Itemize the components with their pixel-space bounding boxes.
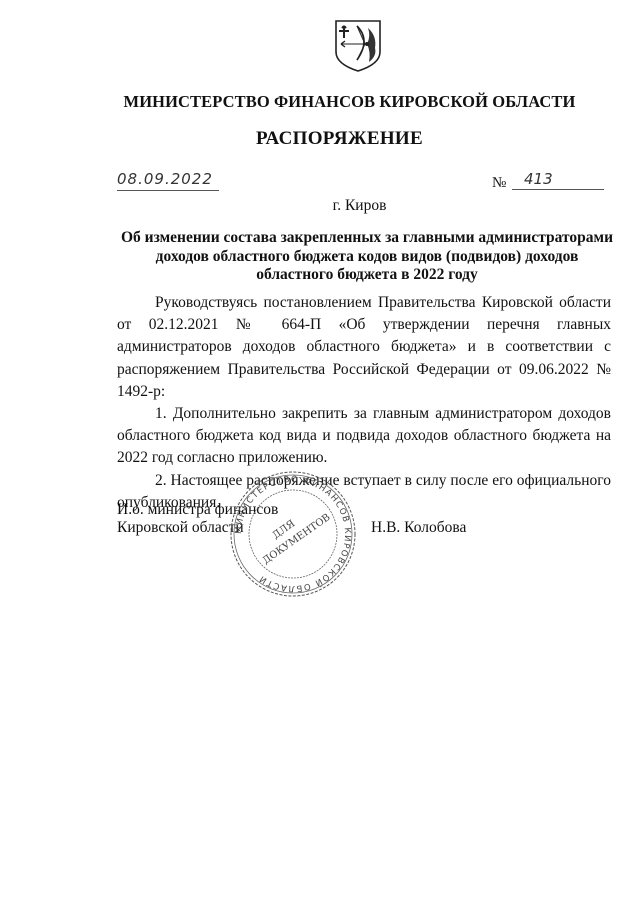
document-date: 08.09.2022 [117,170,219,191]
document-body: Руководствуясь постановлением Правительс… [117,292,611,514]
stamp-ring-text: МИНИСТЕРСТВО ФИНАНСОВ КИРОВСКОЙ ОБЛАСТИ [234,475,352,593]
svg-text:МИНИСТЕРСТВО ФИНАНСОВ КИРОВСКО: МИНИСТЕРСТВО ФИНАНСОВ КИРОВСКОЙ ОБЛАСТИ [234,475,352,593]
number-label: № [492,175,506,192]
stamp-center-line-2: ДОКУМЕНТОВ [261,512,333,567]
kirov-coat-of-arms-icon [333,18,383,74]
official-stamp-icon: МИНИСТЕРСТВО ФИНАНСОВ КИРОВСКОЙ ОБЛАСТИ … [228,470,358,598]
document-type-title: РАСПОРЯЖЕНИЕ [0,128,639,150]
item-paragraph-1: 1. Дополнительно закрепить за главным ад… [117,403,611,470]
signatory-name: Н.В. Колобова [371,519,466,537]
document-number: 413 [512,170,604,190]
city: г. Киров [0,197,639,215]
ministry-name: МИНИСТЕРСТВО ФИНАНСОВ КИРОВСКОЙ ОБЛАСТИ [0,92,639,112]
preamble-paragraph: Руководствуясь постановлением Правительс… [117,292,611,403]
document-subject: Об изменении состава закрепленных за гла… [117,229,617,285]
